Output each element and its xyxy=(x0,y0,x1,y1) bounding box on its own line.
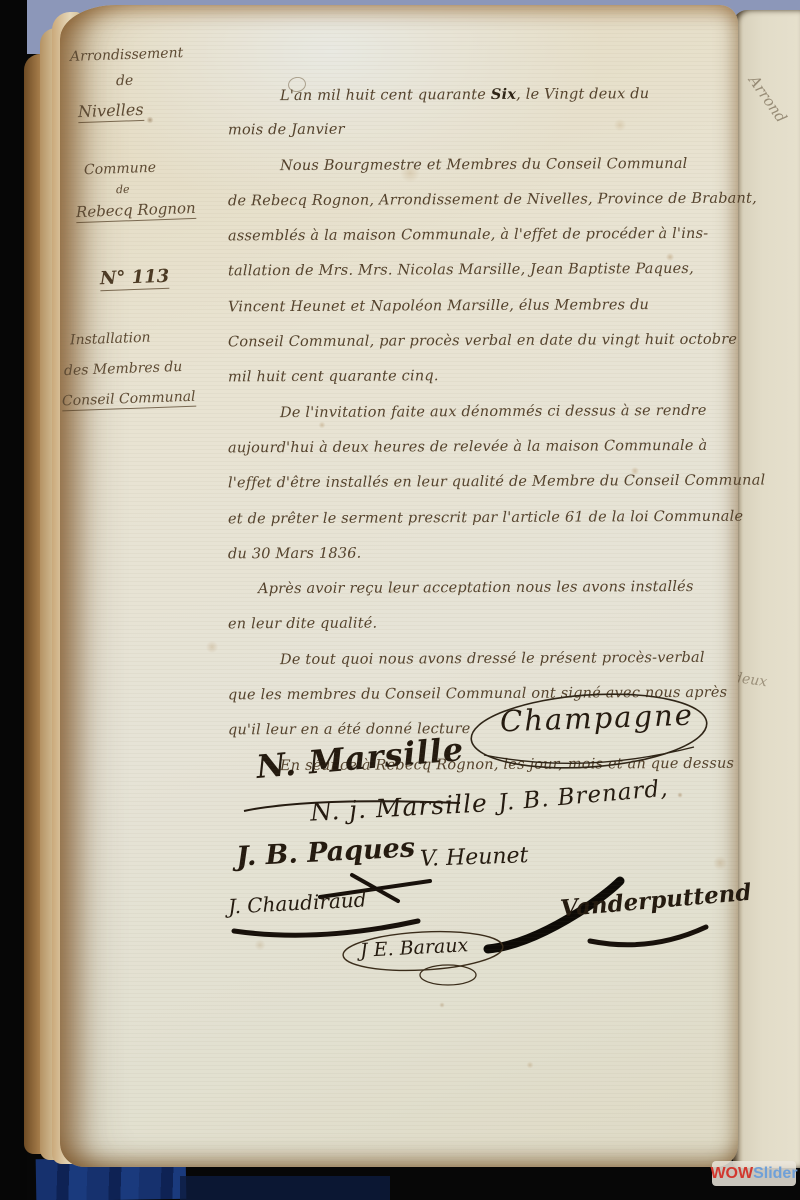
manuscript-line: mois de Janvier xyxy=(228,111,740,149)
signature-v-heunet: V. Heunet xyxy=(420,843,529,872)
facing-page-strip: Arrond deux xyxy=(733,10,800,1168)
signature-baraux: J E. Baraux xyxy=(359,934,468,962)
signature-vanderputtend: Vanderputtend xyxy=(559,879,752,923)
manuscript-line: du 30 Mars 1836. xyxy=(228,535,740,573)
book-binding-shadow xyxy=(0,0,27,1200)
margin-arrondissement: Arrondissement xyxy=(70,45,184,65)
watermark-wow-text: WOW xyxy=(710,1165,753,1183)
signature-champagne: Champagne xyxy=(499,698,694,739)
margin-nivelles: Nivelles xyxy=(78,100,144,123)
margin-arrondissement-de: de xyxy=(116,73,134,90)
manuscript-line: De l'invitation faite aux dénommés ci de… xyxy=(228,393,740,431)
manuscript-line: tallation de Mrs. Mrs. Nicolas Marsille,… xyxy=(228,252,740,290)
manuscript-page: Arrondissement de Nivelles Commune de Re… xyxy=(60,5,738,1167)
margin-commune: Commune xyxy=(84,160,157,179)
manuscript-line: l'effet d'être installés en leur qualité… xyxy=(228,464,740,502)
line-text: L'an mil huit cent quarante xyxy=(280,87,491,104)
manuscript-line: assemblés à la maison Communale, à l'eff… xyxy=(228,217,740,255)
facing-page-text-fragment: Arrond xyxy=(745,72,790,126)
signature-jb-paques: J. B. Paques xyxy=(235,832,415,872)
inserted-word: Six xyxy=(491,86,516,103)
margin-subject-line: des Membres du xyxy=(64,359,183,379)
manuscript-line: De tout quoi nous avons dressé le présen… xyxy=(228,640,740,678)
manuscript-line: Après avoir reçu leur acceptation nous l… xyxy=(228,570,740,608)
photograph-of-register-page: Arrond deux Arrondissement de Nivelles C… xyxy=(0,0,800,1200)
manuscript-line: Conseil Communal, par procès verbal en d… xyxy=(228,323,740,361)
manuscript-line: de Rebecq Rognon, Arrondissement de Nive… xyxy=(228,182,740,220)
line-text: , le Vingt deux du xyxy=(516,86,649,103)
manuscript-line: aujourd'hui à deux heures de relevée à l… xyxy=(228,429,740,467)
signature-nj-marsille: N. j. Marsille xyxy=(309,788,488,826)
manuscript-line: Nous Bourgmestre et Membres du Conseil C… xyxy=(228,146,740,184)
margin-act-number: N° 113 xyxy=(100,266,170,291)
wowslider-watermark[interactable]: WOWSlider xyxy=(712,1161,796,1186)
signature-chaudiraud: J. Chaudiraud xyxy=(227,887,367,918)
margin-subject-line: Installation xyxy=(70,330,151,349)
manuscript-line: en leur dite qualité. xyxy=(228,605,740,643)
margin-subject-line: Conseil Communal xyxy=(62,389,196,412)
manuscript-line: L'an mil huit cent quarante Six, le Ving… xyxy=(228,76,740,114)
margin-commune-de: de xyxy=(116,183,130,196)
margin-commune-name: Rebecq Rognon xyxy=(76,199,196,223)
manuscript-line: et de prêter le serment prescrit par l'a… xyxy=(228,499,740,537)
watermark-slider-text: Slider xyxy=(753,1165,797,1183)
manuscript-line: mil huit cent quarante cinq. xyxy=(228,358,740,396)
manuscript-line: Vincent Heunet et Napoléon Marsille, élu… xyxy=(228,287,740,325)
book-cover-fabric xyxy=(180,1176,390,1200)
act-body-text: L'an mil huit cent quarante Six, le Ving… xyxy=(228,77,740,783)
